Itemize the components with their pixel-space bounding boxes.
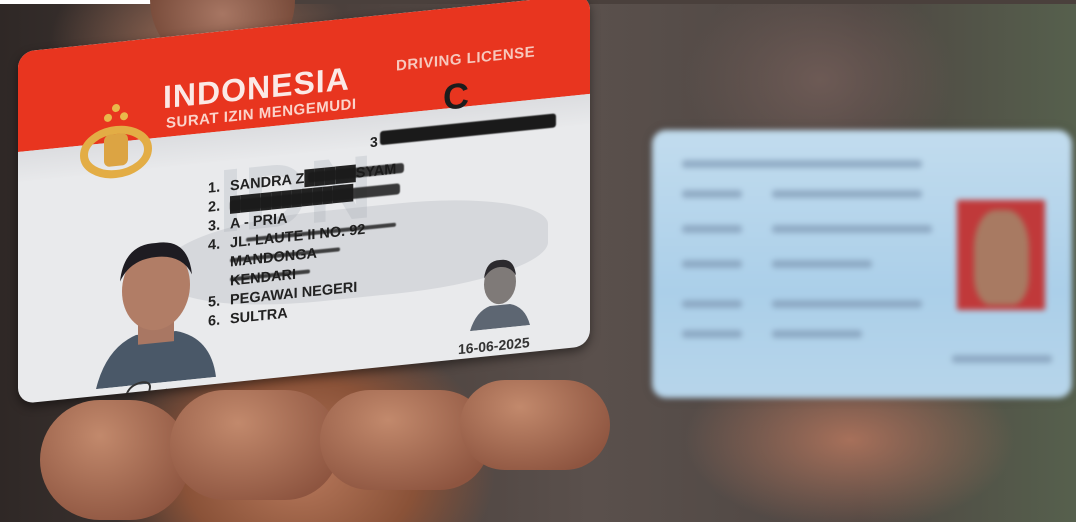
- fingers: [30, 380, 630, 522]
- license-number: 3: [370, 133, 378, 150]
- driving-license-card: IDN INDONESIA SURAT IZIN MENGEMUDI DRIVI…: [18, 0, 590, 404]
- blurred-id-card: [652, 130, 1072, 398]
- ghost-portrait: [470, 250, 530, 331]
- license-class: C: [443, 74, 469, 119]
- police-emblem-icon: [80, 96, 152, 183]
- photo-background: IDN INDONESIA SURAT IZIN MENGEMUDI DRIVI…: [0, 0, 1076, 522]
- holder-portrait: [96, 227, 216, 389]
- expiry-date: 16-06-2025: [458, 334, 530, 357]
